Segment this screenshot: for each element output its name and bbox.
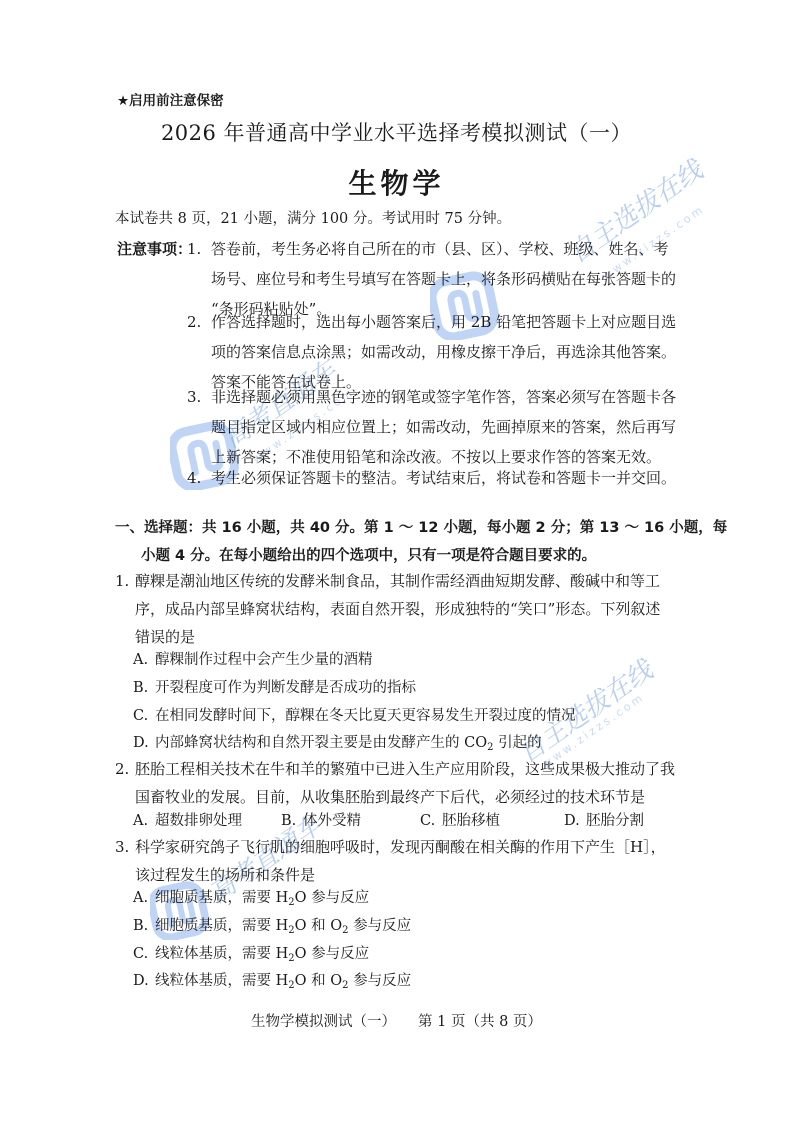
note-line: 项的答案信息点涂黑；如需改动，用橡皮擦干净后，再选涂其他答案。: [211, 337, 687, 367]
option-text: 细胞质基质，需要 H: [155, 890, 288, 906]
option-text: 参与反应: [349, 973, 412, 989]
option-letter: A.: [133, 807, 155, 835]
option-text: 细胞质基质，需要 H: [155, 918, 288, 934]
note-item: 3. 非选择题必须用黑色字迹的钢笔或签字笔作答，答案必须写在答题卡各 题目指定区…: [187, 382, 687, 472]
option-letter: B.: [281, 807, 303, 835]
option-letter: A.: [133, 646, 155, 674]
question-number: 3.: [115, 833, 129, 861]
section-heading-line: 小题 4 分。在每小题给出的四个选项中，只有一项是符合题目要求的。: [115, 542, 727, 570]
question-stem: 醇粿是潮汕地区传统的发酵米制食品，其制作需经酒曲短期发酵、酸碱中和等工 序，成品…: [135, 567, 695, 651]
subject-title: 生物学: [0, 162, 793, 202]
option-a: A.超数排卵处理: [133, 807, 242, 835]
question-2: 2. 胚胎工程相关技术在牛和羊的繁殖中已进入生产应用阶段，这些成果极大推动了我 …: [115, 755, 695, 811]
footer-page-number: 第 1 页（共 8 页）: [418, 1014, 542, 1030]
note-number: 1.: [187, 234, 201, 264]
option-text: 醇粿制作过程中会产生少量的酒精: [155, 652, 373, 668]
question-1: 1. 醇粿是潮汕地区传统的发酵米制食品，其制作需经酒曲短期发酵、酸碱中和等工 序…: [115, 567, 695, 651]
option-d: D.线粒体基质，需要 H2O 和 O2 参与反应: [133, 967, 411, 1000]
stem-line: 醇粿是潮汕地区传统的发酵米制食品，其制作需经酒曲短期发酵、酸碱中和等工: [135, 567, 695, 595]
option-text: 内部蜂窝状结构和自然开裂主要是由发酵产生的 CO: [155, 735, 487, 751]
question-number: 2.: [115, 755, 129, 783]
option-text: O 和 O: [295, 918, 343, 934]
note-line: 非选择题必须用黑色字迹的钢笔或签字笔作答，答案必须写在答题卡各: [211, 382, 687, 412]
option-letter: D.: [133, 967, 155, 995]
option-text: O 和 O: [295, 973, 343, 989]
note-line: 作答选择题时，选出每小题答案后，用 2B 铅笔把答题卡上对应题目选: [211, 307, 687, 337]
exam-title: 2026 年普通高中学业水平选择考模拟测试（一）: [0, 117, 793, 147]
section-heading-line: 一、选择题：共 16 小题，共 40 分。第 1 ～ 12 小题，每小题 2 分…: [115, 514, 727, 542]
option-letter: D.: [133, 729, 155, 757]
option-text: 开裂程度可作为判断发酵是否成功的指标: [155, 680, 416, 696]
option-text: 参与反应: [349, 918, 412, 934]
confidential-notice: ★启用前注意保密: [117, 89, 224, 109]
page-footer: 生物学模拟测试（一）第 1 页（共 8 页）: [0, 1010, 793, 1031]
option-text: O 参与反应: [295, 890, 370, 906]
note-line: 答卷前，考生务必将自己所在的市（县、区）、学校、班级、姓名、考: [211, 234, 687, 264]
question-stem: 胚胎工程相关技术在牛和羊的繁殖中已进入生产应用阶段，这些成果极大推动了我 国畜牧…: [135, 755, 695, 811]
option-a: A.醇粿制作过程中会产生少量的酒精: [133, 646, 373, 674]
options-row: A.超数排卵处理 B.体外受精 C.胚胎移植 D.胚胎分割: [133, 807, 693, 835]
question-number: 1.: [115, 567, 129, 595]
option-letter: A.: [133, 884, 155, 912]
option-b: B.开裂程度可作为判断发酵是否成功的指标: [133, 674, 416, 702]
option-text: 引起的: [493, 735, 541, 751]
exam-page: 自主选拔在线 www.zizzs.com 高考直通车 www.zizzs.com…: [0, 0, 793, 1121]
option-b: B.体外受精: [281, 807, 361, 835]
option-letter: C.: [133, 940, 155, 968]
footer-subject: 生物学模拟测试（一）: [251, 1014, 396, 1030]
option-text: 在相同发酵时间下，醇粿在冬天比夏天更容易发生开裂过度的情况: [155, 708, 576, 724]
option-letter: C.: [133, 702, 155, 730]
stem-line: 序，成品内部呈蜂窝状结构，表面自然开裂，形成独特的“笑口”形态。下列叙述: [135, 595, 695, 623]
note-line: 考生必须保证答题卡的整洁。考试结束后，将试卷和答题卡一并交回。: [211, 463, 687, 493]
option-letter: B.: [133, 912, 155, 940]
note-number: 3.: [187, 382, 201, 412]
option-c: C.胚胎移植: [420, 807, 500, 835]
option-text: O 参与反应: [295, 946, 370, 962]
option-text: 超数排卵处理: [155, 813, 242, 829]
option-text: 线粒体基质，需要 H: [155, 946, 288, 962]
option-d: D.胚胎分割: [564, 807, 644, 835]
option-text: 体外受精: [303, 813, 361, 829]
note-number: 2.: [187, 307, 201, 337]
option-text: 胚胎移植: [442, 813, 500, 829]
note-item: 4. 考生必须保证答题卡的整洁。考试结束后，将试卷和答题卡一并交回。: [187, 463, 687, 493]
note-number: 4.: [187, 463, 201, 493]
option-letter: B.: [133, 674, 155, 702]
option-text: 胚胎分割: [586, 813, 644, 829]
option-letter: C.: [420, 807, 442, 835]
option-letter: D.: [564, 807, 586, 835]
note-line: 场号、座位号和考生号填写在答题卡上，将条形码横贴在每张答题卡的: [211, 264, 687, 294]
stem-line: 胚胎工程相关技术在牛和羊的繁殖中已进入生产应用阶段，这些成果极大推动了我: [135, 755, 695, 783]
question-stem: 科学家研究鸽子飞行肌的细胞呼吸时，发现丙酮酸在相关酶的作用下产生［H］， 该过程…: [135, 833, 695, 889]
exam-summary: 本试卷共 8 页，21 小题，满分 100 分。考试用时 75 分钟。: [115, 207, 511, 228]
option-text: 线粒体基质，需要 H: [155, 973, 288, 989]
note-line: 题目指定区域内相应位置上；如需改动，先画掉原来的答案，然后再写: [211, 412, 687, 442]
stem-line: 科学家研究鸽子飞行肌的细胞呼吸时，发现丙酮酸在相关酶的作用下产生［H］，: [135, 833, 695, 861]
question-3: 3. 科学家研究鸽子飞行肌的细胞呼吸时，发现丙酮酸在相关酶的作用下产生［H］， …: [115, 833, 695, 889]
notes-label: 注意事项：: [117, 234, 192, 264]
option-c: C.在相同发酵时间下，醇粿在冬天比夏天更容易发生开裂过度的情况: [133, 702, 576, 730]
section-heading: 一、选择题：共 16 小题，共 40 分。第 1 ～ 12 小题，每小题 2 分…: [115, 514, 727, 570]
